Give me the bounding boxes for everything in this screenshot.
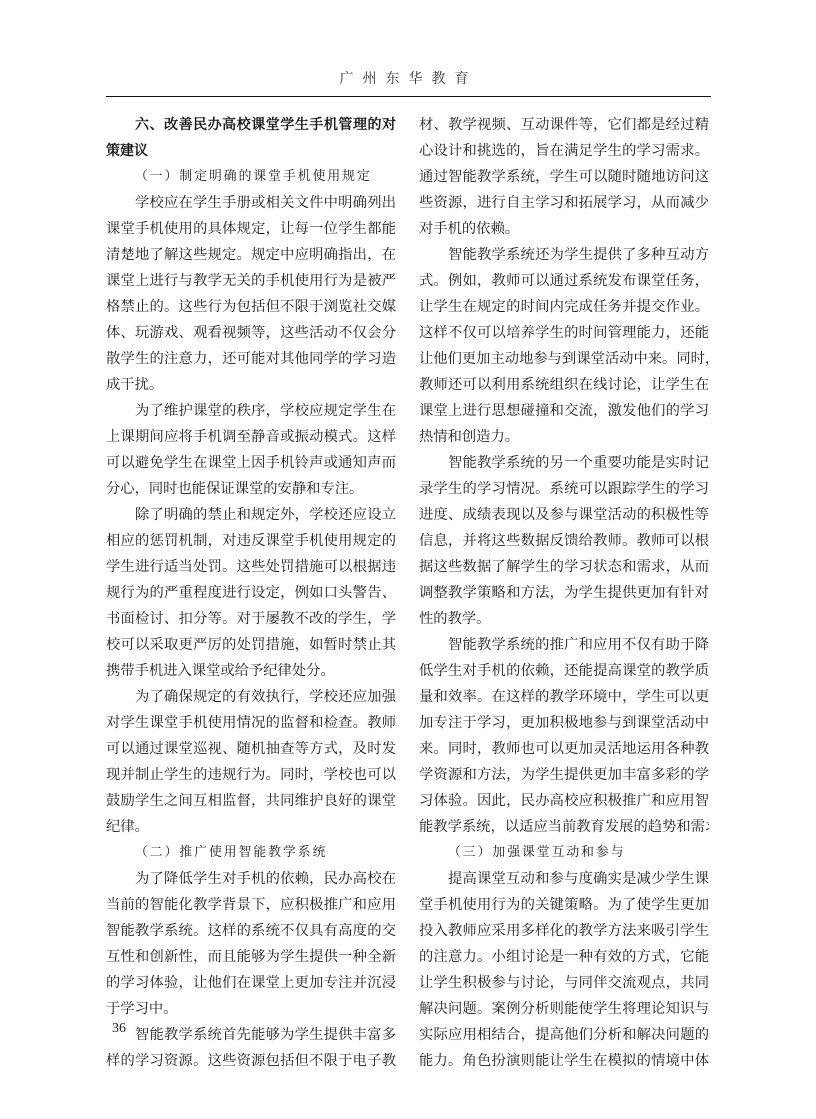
text-line: 量和效率。在这样的教学环境中，学生可以更 bbox=[419, 684, 709, 710]
text-line: 实际应用相结合，提高他们分析和解决问题的 bbox=[419, 1022, 709, 1048]
text-line: 学校应在学生手册或相关文件中明确列出 bbox=[106, 190, 396, 216]
text-line: 智能教学系统。这样的系统不仅具有高度的交 bbox=[106, 918, 396, 944]
text-line: 通过智能教学系统，学生可以随时随地访问这 bbox=[419, 164, 709, 190]
text-line: 进度、成绩表现以及参与课堂活动的积极性等 bbox=[419, 502, 709, 528]
right-column: 材、教学视频、互动课件等，它们都是经过精心设计和挑选的，旨在满足学生的学习需求。… bbox=[419, 112, 709, 1074]
text-line: 教师还可以利用系统组织在线讨论，让学生在 bbox=[419, 372, 709, 398]
text-line: 习体验。因此，民办高校应积极推广和应用智 bbox=[419, 788, 709, 814]
text-line: 可以避免学生在课堂上因手机铃声或通知声而 bbox=[106, 450, 396, 476]
text-line: 智能教学系统的推广和应用不仅有助于降 bbox=[419, 632, 709, 658]
text-line: 携带手机进入课堂或给予纪律处分。 bbox=[106, 658, 396, 684]
text-line: 让学生积极参与讨论，与同伴交流观点，共同 bbox=[419, 970, 709, 996]
text-line: 能力。角色扮演则能让学生在模拟的情境中体 bbox=[419, 1048, 709, 1074]
text-line: 解决问题。案例分析则能使学生将理论知识与 bbox=[419, 996, 709, 1022]
text-line: 材、教学视频、互动课件等，它们都是经过精 bbox=[419, 112, 709, 138]
text-line: 清楚地了解这些规定。规定中应明确指出，在 bbox=[106, 242, 396, 268]
text-line: 学生进行适当处罚。这些处罚措施可以根据违 bbox=[106, 554, 396, 580]
subsection-heading-line: （三）加强课堂互动和参与 bbox=[419, 840, 709, 866]
text-line: 课堂手机使用的具体规定，让每一位学生都能 bbox=[106, 216, 396, 242]
text-line: 堂手机使用行为的关键策略。为了使学生更加 bbox=[419, 892, 709, 918]
text-line: 对学生课堂手机使用情况的监督和检查。教师 bbox=[106, 710, 396, 736]
text-line: 可以通过课堂巡视、随机抽查等方式，及时发 bbox=[106, 736, 396, 762]
text-line: 现并制止学生的违规行为。同时，学校也可以 bbox=[106, 762, 396, 788]
text-line: 投入教师应采用多样化的教学方法来吸引学生 bbox=[419, 918, 709, 944]
text-line: 让学生在规定的时间内完成任务并提交作业。 bbox=[419, 294, 709, 320]
page-number: 36 bbox=[112, 1021, 126, 1037]
header-rule bbox=[106, 96, 711, 97]
text-line: 的注意力。小组讨论是一种有效的方式，它能 bbox=[419, 944, 709, 970]
text-line: 当前的智能化教学背景下，应积极推广和应用 bbox=[106, 892, 396, 918]
section-heading-line: 策建议 bbox=[106, 138, 396, 164]
text-line: 于学习中。 bbox=[106, 996, 396, 1022]
text-line: 性的教学。 bbox=[419, 606, 709, 632]
text-line: 低学生对手机的依赖，还能提高课堂的教学质 bbox=[419, 658, 709, 684]
text-line: 校可以采取更严厉的处罚措施，如暂时禁止其 bbox=[106, 632, 396, 658]
text-line: 智能教学系统还为学生提供了多种互动方 bbox=[419, 242, 709, 268]
text-line: 据这些数据了解学生的学习状态和需求，从而 bbox=[419, 554, 709, 580]
text-line: 鼓励学生之间互相监督，共同维护良好的课堂 bbox=[106, 788, 396, 814]
text-line: 这样不仅可以培养学生的时间管理能力，还能 bbox=[419, 320, 709, 346]
left-column: 六、改善民办高校课堂学生手机管理的对策建议（一）制定明确的课堂手机使用规定学校应… bbox=[106, 112, 396, 1074]
text-line: 式。例如，教师可以通过系统发布课堂任务， bbox=[419, 268, 709, 294]
text-line: 对手机的依赖。 bbox=[419, 216, 709, 242]
text-line: 让他们更加主动地参与到课堂活动中来。同时， bbox=[419, 346, 709, 372]
text-line: 热情和创造力。 bbox=[419, 424, 709, 450]
text-line: 智能教学系统的另一个重要功能是实时记 bbox=[419, 450, 709, 476]
text-line: 分心，同时也能保证课堂的安静和专注。 bbox=[106, 476, 396, 502]
text-line: 互性和创新性，而且能够为学生提供一种全新 bbox=[106, 944, 396, 970]
text-line: 加专注于学习，更加积极地参与到课堂活动中 bbox=[419, 710, 709, 736]
text-line: 的学习体验，让他们在课堂上更加专注并沉浸 bbox=[106, 970, 396, 996]
section-heading-line: 六、改善民办高校课堂学生手机管理的对 bbox=[106, 112, 396, 138]
text-line: 信息，并将这些数据反馈给教师。教师可以根 bbox=[419, 528, 709, 554]
text-line: 体、玩游戏、观看视频等，这些活动不仅会分 bbox=[106, 320, 396, 346]
text-line: 些资源，进行自主学习和拓展学习，从而减少 bbox=[419, 190, 709, 216]
text-line: 规行为的严重程度进行设定，例如口头警告、 bbox=[106, 580, 396, 606]
text-line: 散学生的注意力，还可能对其他同学的学习造 bbox=[106, 346, 396, 372]
text-line: 相应的惩罚机制，对违反课堂手机使用规定的 bbox=[106, 528, 396, 554]
text-line: 除了明确的禁止和规定外，学校还应设立 bbox=[106, 502, 396, 528]
text-line: 上课期间应将手机调至静音或振动模式。这样 bbox=[106, 424, 396, 450]
running-head: 广州东华教育 bbox=[106, 68, 711, 88]
text-line: 来。同时，教师也可以更加灵活地运用各种教 bbox=[419, 736, 709, 762]
subsection-heading-line: （一）制定明确的课堂手机使用规定 bbox=[106, 164, 396, 190]
text-line: 心设计和挑选的，旨在满足学生的学习需求。 bbox=[419, 138, 709, 164]
text-line: 智能教学系统首先能够为学生提供丰富多 bbox=[106, 1022, 396, 1048]
text-line: 课堂上进行思想碰撞和交流，激发他们的学习 bbox=[419, 398, 709, 424]
text-line: 为了降低学生对手机的依赖，民办高校在 bbox=[106, 866, 396, 892]
text-line: 为了确保规定的有效执行，学校还应加强 bbox=[106, 684, 396, 710]
text-line: 提高课堂互动和参与度确实是减少学生课 bbox=[419, 866, 709, 892]
text-line: 课堂上进行与教学无关的手机使用行为是被严 bbox=[106, 268, 396, 294]
text-line: 为了维护课堂的秩序，学校应规定学生在 bbox=[106, 398, 396, 424]
text-line: 学资源和方法，为学生提供更加丰富多彩的学 bbox=[419, 762, 709, 788]
subsection-heading-line: （二）推广使用智能教学系统 bbox=[106, 840, 396, 866]
text-line: 样的学习资源。这些资源包括但不限于电子教 bbox=[106, 1048, 396, 1074]
text-line: 成干扰。 bbox=[106, 372, 396, 398]
text-line: 纪律。 bbox=[106, 814, 396, 840]
text-line: 调整教学策略和方法，为学生提供更加有针对 bbox=[419, 580, 709, 606]
text-line: 录学生的学习情况。系统可以跟踪学生的学习 bbox=[419, 476, 709, 502]
text-line: 格禁止的。这些行为包括但不限于浏览社交媒 bbox=[106, 294, 396, 320]
text-line: 书面检讨、扣分等。对于屡教不改的学生，学 bbox=[106, 606, 396, 632]
text-line: 能教学系统，以适应当前教育发展的趋势和需求。 bbox=[419, 814, 709, 840]
